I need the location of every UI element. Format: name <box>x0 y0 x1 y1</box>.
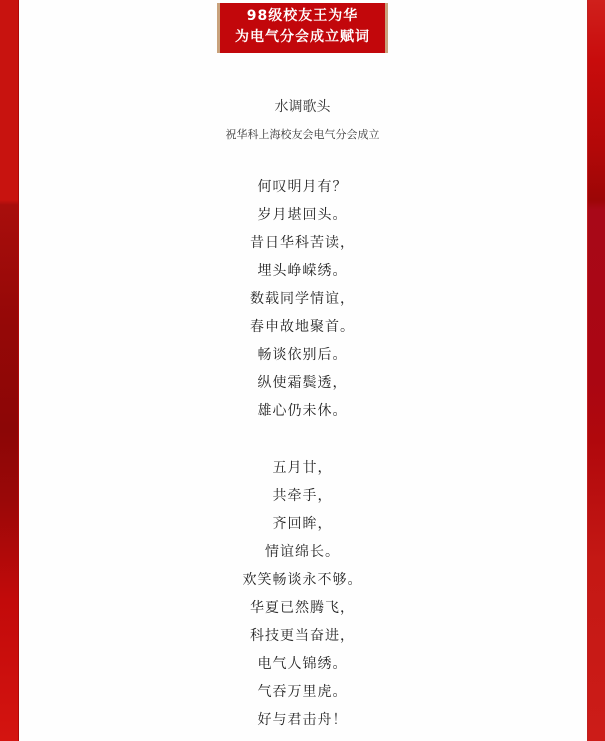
poem-line: 情谊绵长。 <box>18 538 587 566</box>
right-red-border <box>587 0 605 741</box>
stanza-1: 何叹明月有？ 岁月堪回头。 昔日华科苦读， 埋头峥嵘绣。 数载同学情谊， 春申故… <box>18 173 587 425</box>
poem-line: 好与君击舟！ <box>18 706 587 734</box>
poem-line: 昔日华科苦读， <box>18 229 587 257</box>
poem-title: 水调歌头 <box>18 96 587 116</box>
poem-line: 五月廿， <box>18 454 587 482</box>
poem-line: 纵使霜鬓透， <box>18 369 587 397</box>
poem-line: 畅谈依别后。 <box>18 341 587 369</box>
banner-line-2: 为电气分会成立赋词 <box>220 27 385 48</box>
poem-subtitle: 祝华科上海校友会电气分会成立 <box>18 126 587 142</box>
poem-line: 数载同学情谊， <box>18 285 587 313</box>
poem-line: 华夏已然腾飞， <box>18 594 587 622</box>
poem-line: 春申故地聚首。 <box>18 313 587 341</box>
stanza-2: 五月廿， 共牵手， 齐回眸， 情谊绵长。 欢笑畅谈永不够。 华夏已然腾飞， 科技… <box>18 454 587 734</box>
poem-line: 欢笑畅谈永不够。 <box>18 566 587 594</box>
banner-line-1: 98级校友王为华 <box>220 6 385 27</box>
poem-line: 气吞万里虎。 <box>18 678 587 706</box>
poem-line: 共牵手， <box>18 482 587 510</box>
poem-line: 埋头峥嵘绣。 <box>18 257 587 285</box>
poem-line: 电气人锦绣。 <box>18 650 587 678</box>
poem-line: 雄心仍未休。 <box>18 397 587 425</box>
poem-line: 齐回眸， <box>18 510 587 538</box>
poem-line: 何叹明月有？ <box>18 173 587 201</box>
poem-line: 岁月堪回头。 <box>18 201 587 229</box>
title-banner: 98级校友王为华 为电气分会成立赋词 <box>217 3 388 53</box>
poem-line: 科技更当奋进， <box>18 622 587 650</box>
left-red-border <box>0 0 19 741</box>
